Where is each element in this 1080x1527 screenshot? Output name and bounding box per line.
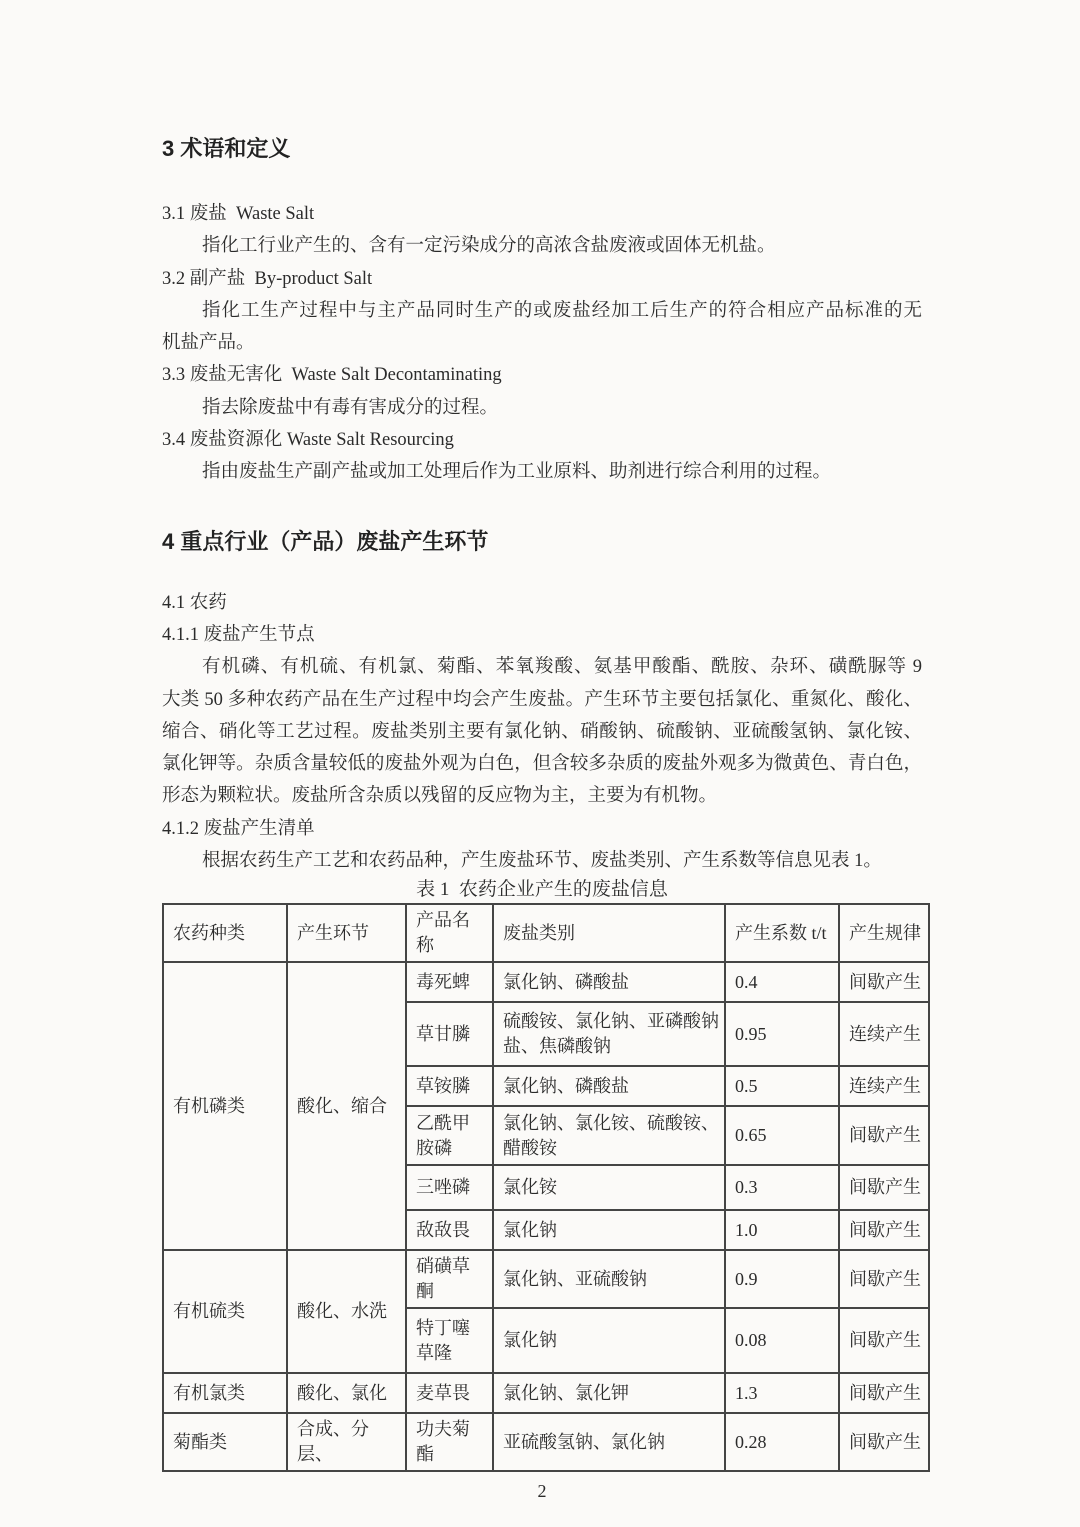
waste-salt-table: 农药种类 产生环节 产品名称 废盐类别 产生系数 t/t 产生规律 有机磷类 酸… <box>162 903 930 1472</box>
cell-product: 乙酰甲胺磷 <box>406 1106 493 1165</box>
cell-product: 敌敌畏 <box>406 1210 493 1250</box>
table-row: 菊酯类 合成、分层、 功夫菊酯 亚硫酸氢钠、氯化钠 0.28 间歇产生 <box>163 1413 929 1471</box>
clause-title: 3.1 废盐 Waste Salt <box>162 198 922 230</box>
clause-definition-line: 机盐产品。 <box>162 327 922 359</box>
cell-coef: 0.5 <box>725 1066 839 1106</box>
paragraph-4-1-1: 有机磷、有机硫、有机氯、菊酯、苯氧羧酸、氨基甲酸酯、酰胺、杂环、磺酰脲等 9 大… <box>162 651 922 812</box>
cell-coef: 0.95 <box>725 1002 839 1066</box>
clause-title: 3.4 废盐资源化 Waste Salt Resourcing <box>162 424 922 456</box>
cell-process: 酸化、氯化 <box>287 1373 406 1413</box>
header-cell-process: 产生环节 <box>287 904 406 962</box>
cell-product: 毒死蜱 <box>406 962 493 1002</box>
cell-coef: 0.08 <box>725 1308 839 1373</box>
table-caption: 表 1 农药企业产生的废盐信息 <box>162 877 922 903</box>
paragraph-line: 大类 50 多种农药产品在生产过程中均会产生废盐。产生环节主要包括氯化、重氮化、… <box>162 684 922 716</box>
header-cell-salt: 废盐类别 <box>493 904 725 962</box>
cell-process: 酸化、水洗 <box>287 1250 406 1373</box>
cell-salt: 氯化钠 <box>493 1308 725 1373</box>
header-cell-product: 产品名称 <box>406 904 493 962</box>
clause-definition-line: 指化工生产过程中与主产品同时生产的或废盐经加工后生产的符合相应产品标准的无 <box>162 295 922 327</box>
cell-category: 菊酯类 <box>163 1413 287 1471</box>
header-cell-pattern: 产生规律 <box>839 904 929 962</box>
page-content: 3 术语和定义 3.1 废盐 Waste Salt 指化工行业产生的、含有一定污… <box>0 0 1080 1503</box>
cell-salt: 亚硫酸氢钠、氯化钠 <box>493 1413 725 1471</box>
cell-product: 功夫菊酯 <box>406 1413 493 1471</box>
subsection-4-1-1: 4.1.1 废盐产生节点 <box>162 619 922 651</box>
cell-coef: 0.28 <box>725 1413 839 1471</box>
cell-salt: 氯化钠、氯化钾 <box>493 1373 725 1413</box>
section-heading-terms: 3 术语和定义 <box>162 134 922 164</box>
cell-pattern: 间歇产生 <box>839 962 929 1002</box>
paragraph-line: 氯化钾等。杂质含量较低的废盐外观为白色，但含较多杂质的废盐外观多为微黄色、青白色… <box>162 748 922 780</box>
section-heading-industry: 4 重点行业（产品）废盐产生环节 <box>162 527 922 557</box>
cell-category: 有机氯类 <box>163 1373 287 1413</box>
header-cell-coef: 产生系数 t/t <box>725 904 839 962</box>
clause-definition-line: 指去除废盐中有毒有害成分的过程。 <box>162 392 922 424</box>
cell-pattern: 间歇产生 <box>839 1250 929 1308</box>
clause-title: 3.2 副产盐 By-product Salt <box>162 263 922 295</box>
cell-pattern: 间歇产生 <box>839 1106 929 1165</box>
cell-pattern: 间歇产生 <box>839 1165 929 1210</box>
table-row: 有机磷类 酸化、缩合 毒死蜱 氯化钠、磷酸盐 0.4 间歇产生 <box>163 962 929 1002</box>
cell-product: 硝磺草酮 <box>406 1250 493 1308</box>
clause-3-3: 3.3 废盐无害化 Waste Salt Decontaminating 指去除… <box>162 359 922 424</box>
cell-category: 有机磷类 <box>163 962 287 1250</box>
cell-product: 麦草畏 <box>406 1373 493 1413</box>
table-header-row: 农药种类 产生环节 产品名称 废盐类别 产生系数 t/t 产生规律 <box>163 904 929 962</box>
cell-coef: 0.65 <box>725 1106 839 1165</box>
cell-product: 特丁噻草隆 <box>406 1308 493 1373</box>
subsection-4-1-2: 4.1.2 废盐产生清单 <box>162 813 922 845</box>
cell-salt: 硫酸铵、氯化钠、亚磷酸钠盐、焦磷酸钠 <box>493 1002 725 1066</box>
clause-3-1: 3.1 废盐 Waste Salt 指化工行业产生的、含有一定污染成分的高浓含盐… <box>162 198 922 263</box>
cell-salt: 氯化铵 <box>493 1165 725 1210</box>
cell-salt: 氯化钠、亚硫酸钠 <box>493 1250 725 1308</box>
cell-salt: 氯化钠 <box>493 1210 725 1250</box>
cell-pattern: 连续产生 <box>839 1002 929 1066</box>
cell-pattern: 连续产生 <box>839 1066 929 1106</box>
cell-product: 草铵膦 <box>406 1066 493 1106</box>
cell-coef: 0.3 <box>725 1165 839 1210</box>
cell-coef: 1.0 <box>725 1210 839 1250</box>
cell-pattern: 间歇产生 <box>839 1373 929 1413</box>
paragraph-line: 形态为颗粒状。废盐所含杂质以残留的反应物为主，主要为有机物。 <box>162 780 922 812</box>
cell-process: 合成、分层、 <box>287 1413 406 1471</box>
cell-salt: 氯化钠、磷酸盐 <box>493 1066 725 1106</box>
clause-definition-line: 指化工行业产生的、含有一定污染成分的高浓含盐废液或固体无机盐。 <box>162 230 922 262</box>
paragraph-line: 缩合、硝化等工艺过程。废盐类别主要有氯化钠、硝酸钠、硫酸钠、亚硫酸氢钠、氯化铵、 <box>162 716 922 748</box>
cell-coef: 0.4 <box>725 962 839 1002</box>
table-row: 有机氯类 酸化、氯化 麦草畏 氯化钠、氯化钾 1.3 间歇产生 <box>163 1373 929 1413</box>
cell-product: 草甘膦 <box>406 1002 493 1066</box>
cell-coef: 1.3 <box>725 1373 839 1413</box>
subsection-4-1: 4.1 农药 <box>162 587 922 619</box>
cell-process: 酸化、缩合 <box>287 962 406 1250</box>
page-number: 2 <box>162 1479 922 1503</box>
clause-3-2: 3.2 副产盐 By-product Salt 指化工生产过程中与主产品同时生产… <box>162 263 922 360</box>
header-cell-category: 农药种类 <box>163 904 287 962</box>
paragraph-4-1-2: 根据农药生产工艺和农药品种，产生废盐环节、废盐类别、产生系数等信息见表 1。 <box>162 845 922 877</box>
cell-salt: 氯化钠、磷酸盐 <box>493 962 725 1002</box>
cell-category: 有机硫类 <box>163 1250 287 1373</box>
cell-salt: 氯化钠、氯化铵、硫酸铵、醋酸铵 <box>493 1106 725 1165</box>
cell-pattern: 间歇产生 <box>839 1413 929 1471</box>
paragraph-line: 有机磷、有机硫、有机氯、菊酯、苯氧羧酸、氨基甲酸酯、酰胺、杂环、磺酰脲等 9 <box>162 651 922 683</box>
table-row: 有机硫类 酸化、水洗 硝磺草酮 氯化钠、亚硫酸钠 0.9 间歇产生 <box>163 1250 929 1308</box>
cell-pattern: 间歇产生 <box>839 1308 929 1373</box>
clause-3-4: 3.4 废盐资源化 Waste Salt Resourcing 指由废盐生产副产… <box>162 424 922 489</box>
clause-title: 3.3 废盐无害化 Waste Salt Decontaminating <box>162 359 922 391</box>
cell-coef: 0.9 <box>725 1250 839 1308</box>
cell-product: 三唑磷 <box>406 1165 493 1210</box>
clause-definition-line: 指由废盐生产副产盐或加工处理后作为工业原料、助剂进行综合利用的过程。 <box>162 456 922 488</box>
document-page: 3 术语和定义 3.1 废盐 Waste Salt 指化工行业产生的、含有一定污… <box>0 0 1080 1527</box>
cell-pattern: 间歇产生 <box>839 1210 929 1250</box>
